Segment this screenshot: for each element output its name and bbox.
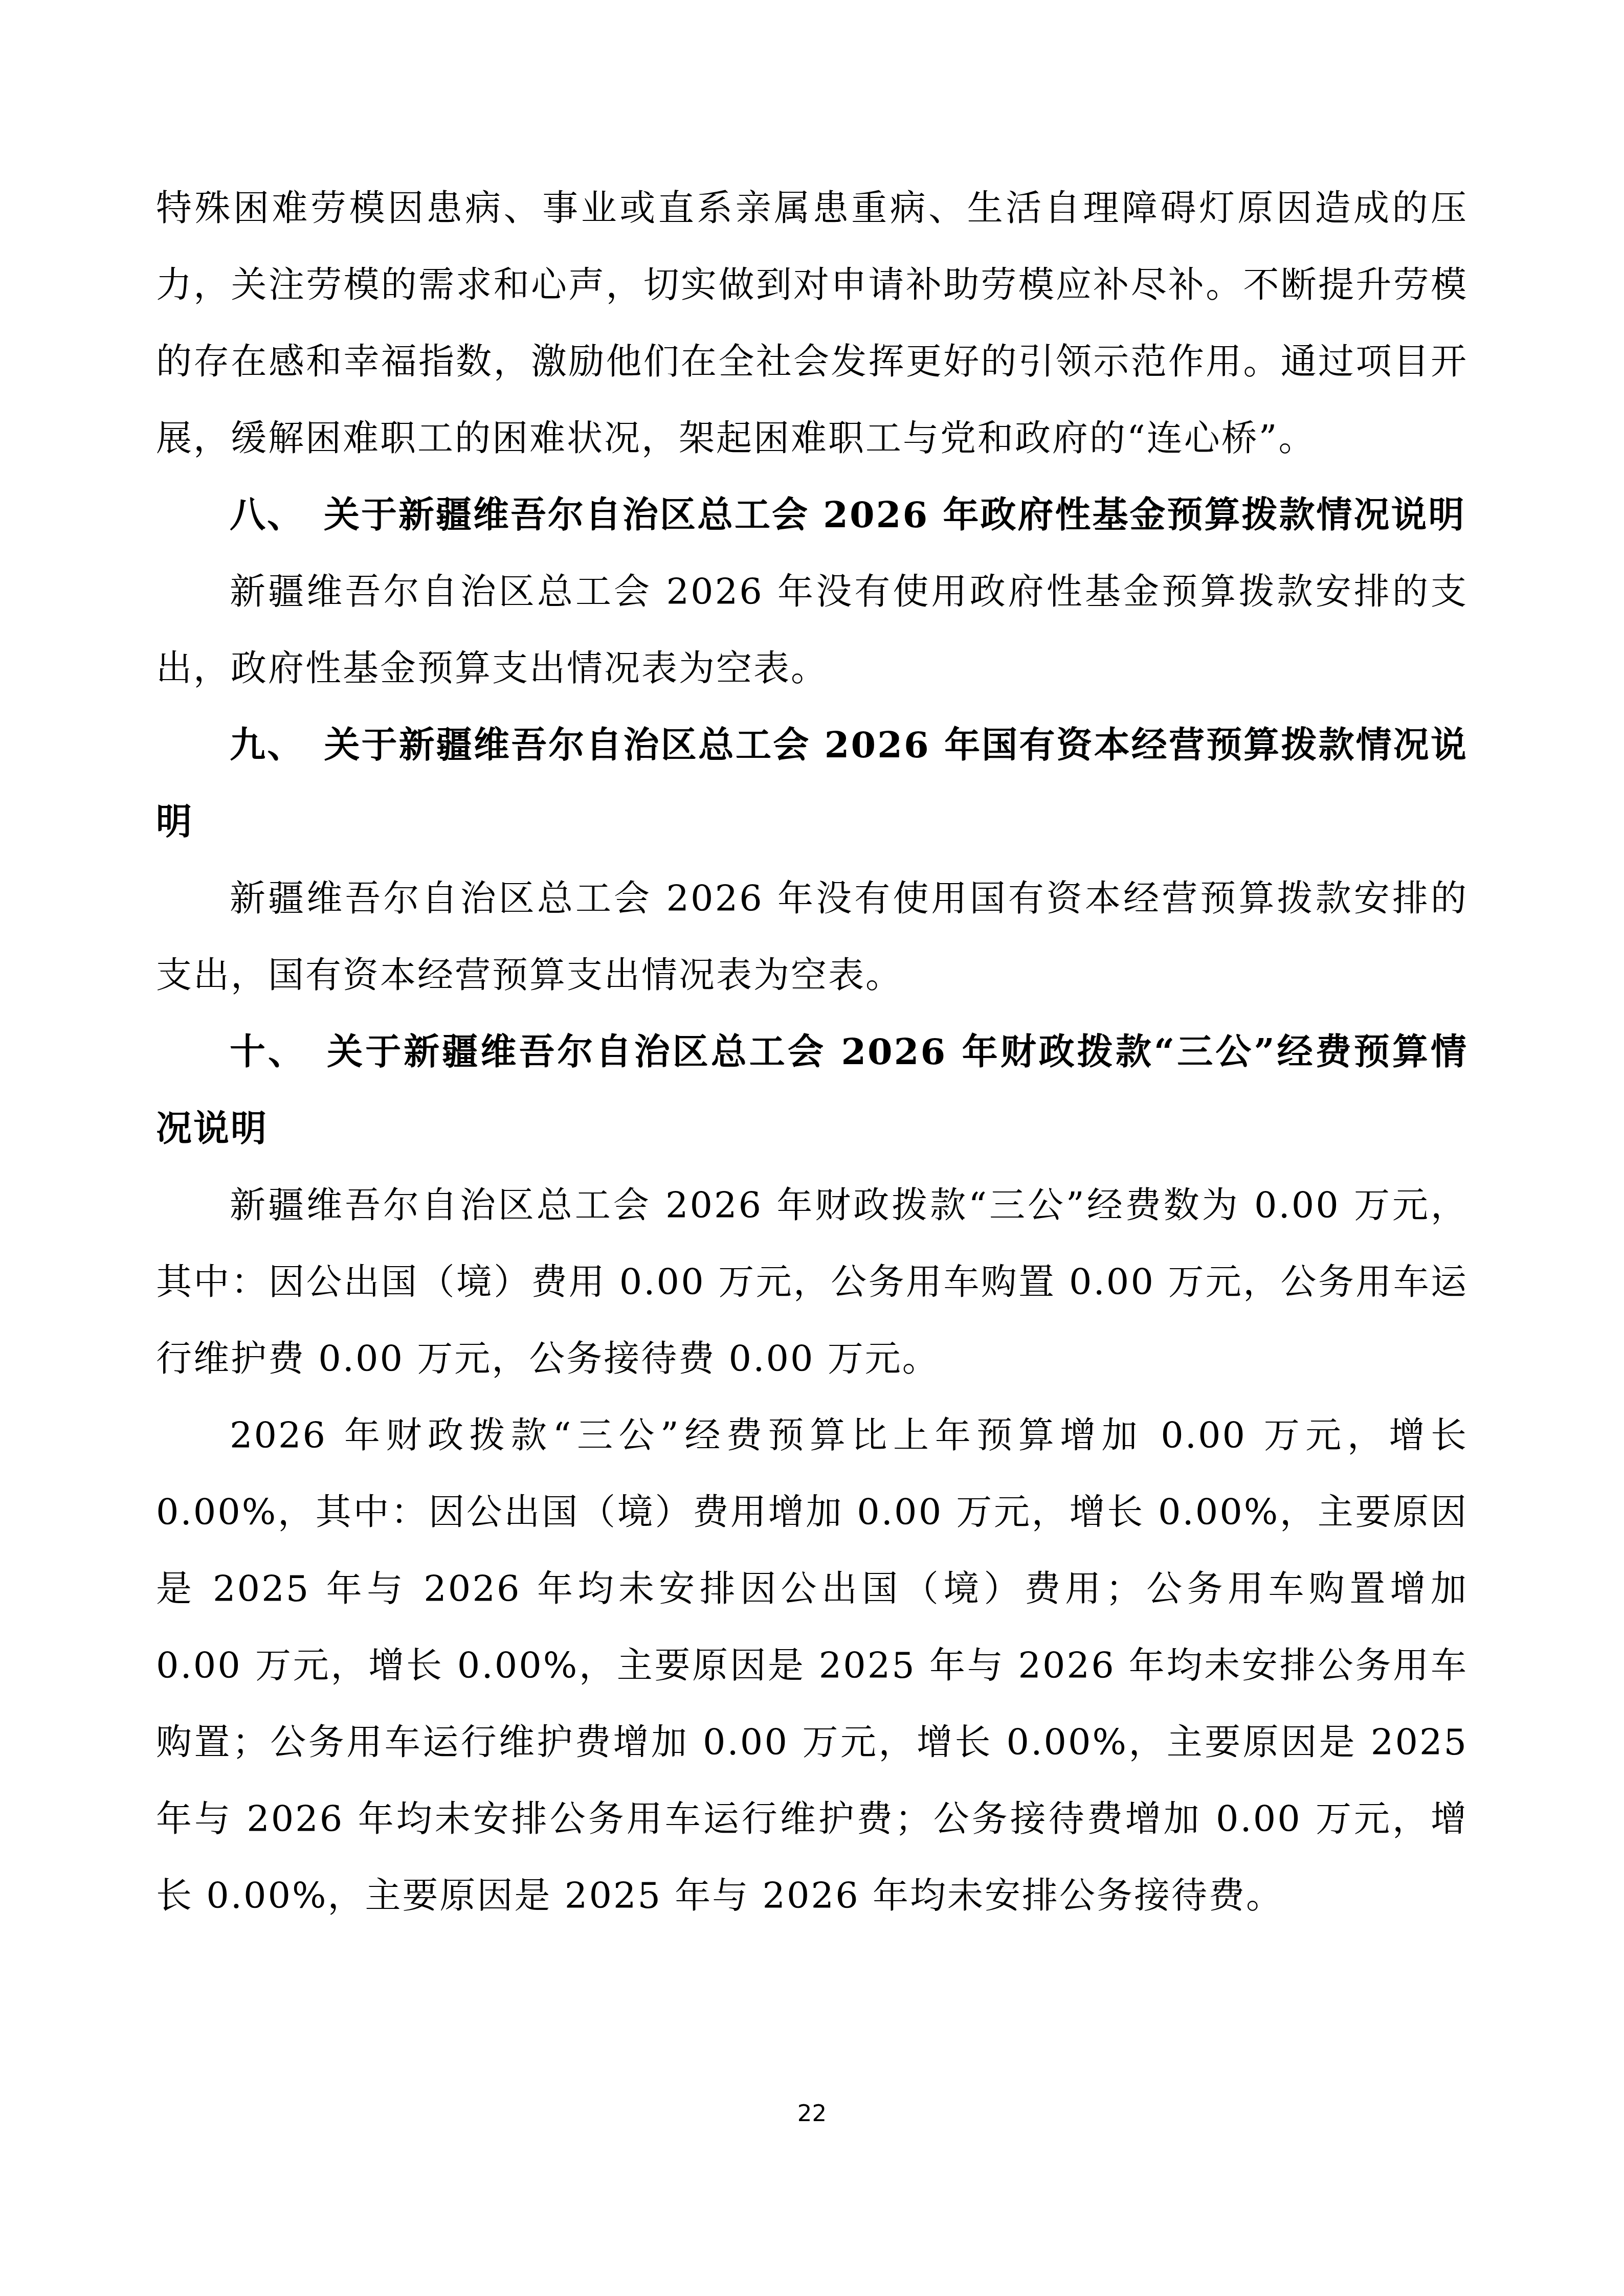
- section-heading-8-government-fund-budget: 八、 关于新疆维吾尔自治区总工会 2026 年政府性基金预算拨款情况说明: [156, 477, 1468, 553]
- page-number: 22: [797, 2100, 827, 2127]
- paragraph-three-public-expenses-comparison: 2026 年财政拨款“三公”经费预算比上年预算增加 0.00 万元，增长 0.0…: [156, 1397, 1468, 1934]
- paragraph-laomo-continuation: 特殊困难劳模因患病、事业或直系亲属患重病、生活自理障碍灯原因造成的压力，关注劳模…: [156, 170, 1468, 477]
- paragraph-state-capital-budget: 新疆维吾尔自治区总工会 2026 年没有使用国有资本经营预算拨款安排的支出，国有…: [156, 860, 1468, 1014]
- section-heading-9-state-capital-budget: 九、 关于新疆维吾尔自治区总工会 2026 年国有资本经营预算拨款情况说明: [156, 707, 1468, 860]
- section-heading-10-three-public-expenses: 十、 关于新疆维吾尔自治区总工会 2026 年财政拨款“三公”经费预算情况说明: [156, 1014, 1468, 1167]
- page-footer: 22: [0, 2100, 1624, 2127]
- document-page: 特殊困难劳模因患病、事业或直系亲属患重病、生活自理障碍灯原因造成的压力，关注劳模…: [0, 0, 1624, 2296]
- paragraph-three-public-expenses-amounts: 新疆维吾尔自治区总工会 2026 年财政拨款“三公”经费数为 0.00 万元，其…: [156, 1167, 1468, 1397]
- paragraph-government-fund-budget: 新疆维吾尔自治区总工会 2026 年没有使用政府性基金预算拨款安排的支出，政府性…: [156, 553, 1468, 707]
- document-body: 特殊困难劳模因患病、事业或直系亲属患重病、生活自理障碍灯原因造成的压力，关注劳模…: [156, 170, 1468, 1934]
